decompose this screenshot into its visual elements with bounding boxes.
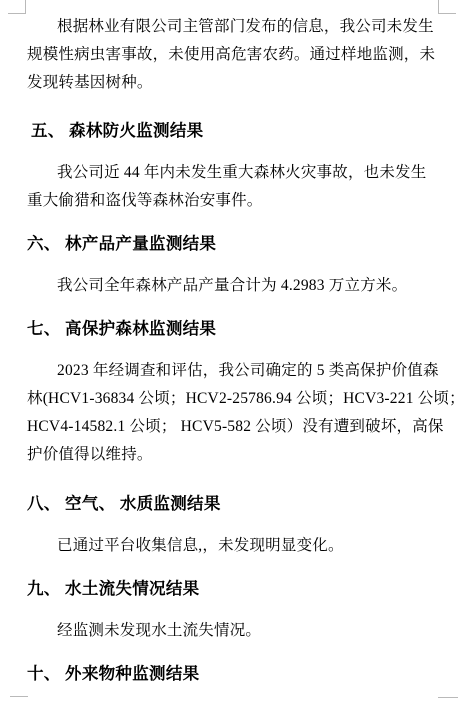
section-heading-text: 七、 高保护森林监测结果 xyxy=(27,312,442,346)
paragraph-line: 我公司全年森林产品产量合计为 4.2983 万立方米。 xyxy=(27,272,442,300)
margin-crop-mark-top-left-vertical xyxy=(25,0,26,13)
section-heading-text: 十、 外来物种监测结果 xyxy=(27,657,442,691)
margin-crop-mark-top-left-horizontal xyxy=(8,13,26,14)
section-heading: 七、 高保护森林监测结果 xyxy=(27,312,442,346)
section-heading-text: 五、 森林防火监测结果 xyxy=(27,114,442,148)
section-heading-text: 九、 水土流失情况结果 xyxy=(27,572,442,606)
margin-crop-mark-top-right-vertical xyxy=(438,0,439,13)
paragraph-line: 我公司近 44 年内未发生重大森林火灾事故，也未发生 xyxy=(27,159,442,187)
paragraph: 我公司全年森林产品产量合计为 4.2983 万立方米。 xyxy=(27,272,442,300)
section-heading-text: 八、 空气、 水质监测结果 xyxy=(27,487,442,521)
margin-crop-mark-bottom-left-horizontal xyxy=(10,696,28,697)
section-heading: 五、 森林防火监测结果 xyxy=(27,114,442,148)
paragraph: 2023 年经调查和评估，我公司确定的 5 类高保护价值森林(HCV1-3683… xyxy=(27,357,442,469)
paragraph: 我公司近 44 年内未发生重大森林火灾事故，也未发生重大偷猎和盗伐等森林治安事件… xyxy=(27,159,442,215)
paragraph-line: 已通过平台收集信息,，未发现明显变化。 xyxy=(27,532,442,560)
paragraph: 经监测未发现水土流失情况。 xyxy=(27,617,442,645)
paragraph-line: HCV4-14582.1 公顷； HCV5-582 公顷）没有遭到破坏，高保 xyxy=(27,413,442,441)
margin-crop-mark-bottom-right-horizontal xyxy=(438,697,458,698)
paragraph-line: 护价值得以维持。 xyxy=(27,441,442,469)
section-heading: 八、 空气、 水质监测结果 xyxy=(27,487,442,521)
paragraph-line: 2023 年经调查和评估，我公司确定的 5 类高保护价值森 xyxy=(27,357,442,385)
paragraph: 已通过平台收集信息,，未发现明显变化。 xyxy=(27,532,442,560)
section-heading-text: 六、 林产品产量监测结果 xyxy=(27,227,442,261)
section-heading: 六、 林产品产量监测结果 xyxy=(27,227,442,261)
paragraph-line: 林(HCV1-36834 公顷；HCV2-25786.94 公顷；HCV3-22… xyxy=(27,385,442,413)
section-heading: 九、 水土流失情况结果 xyxy=(27,572,442,606)
document-body: 根据林业有限公司主管部门发布的信息，我公司未发生规模性病虫害事故，未使用高危害农… xyxy=(27,13,442,691)
paragraph-line: 重大偷猎和盗伐等森林治安事件。 xyxy=(27,187,442,215)
paragraph-line: 经监测未发现水土流失情况。 xyxy=(27,617,442,645)
paragraph-line: 发现转基因树种。 xyxy=(27,69,442,97)
paragraph: 根据林业有限公司主管部门发布的信息，我公司未发生规模性病虫害事故，未使用高危害农… xyxy=(27,13,442,97)
paragraph-line: 根据林业有限公司主管部门发布的信息，我公司未发生 xyxy=(27,13,442,41)
paragraph-line: 规模性病虫害事故，未使用高危害农药。通过样地监测，未 xyxy=(27,41,442,69)
section-heading: 十、 外来物种监测结果 xyxy=(27,657,442,691)
document-page: 根据林业有限公司主管部门发布的信息，我公司未发生规模性病虫害事故，未使用高危害农… xyxy=(0,0,462,701)
